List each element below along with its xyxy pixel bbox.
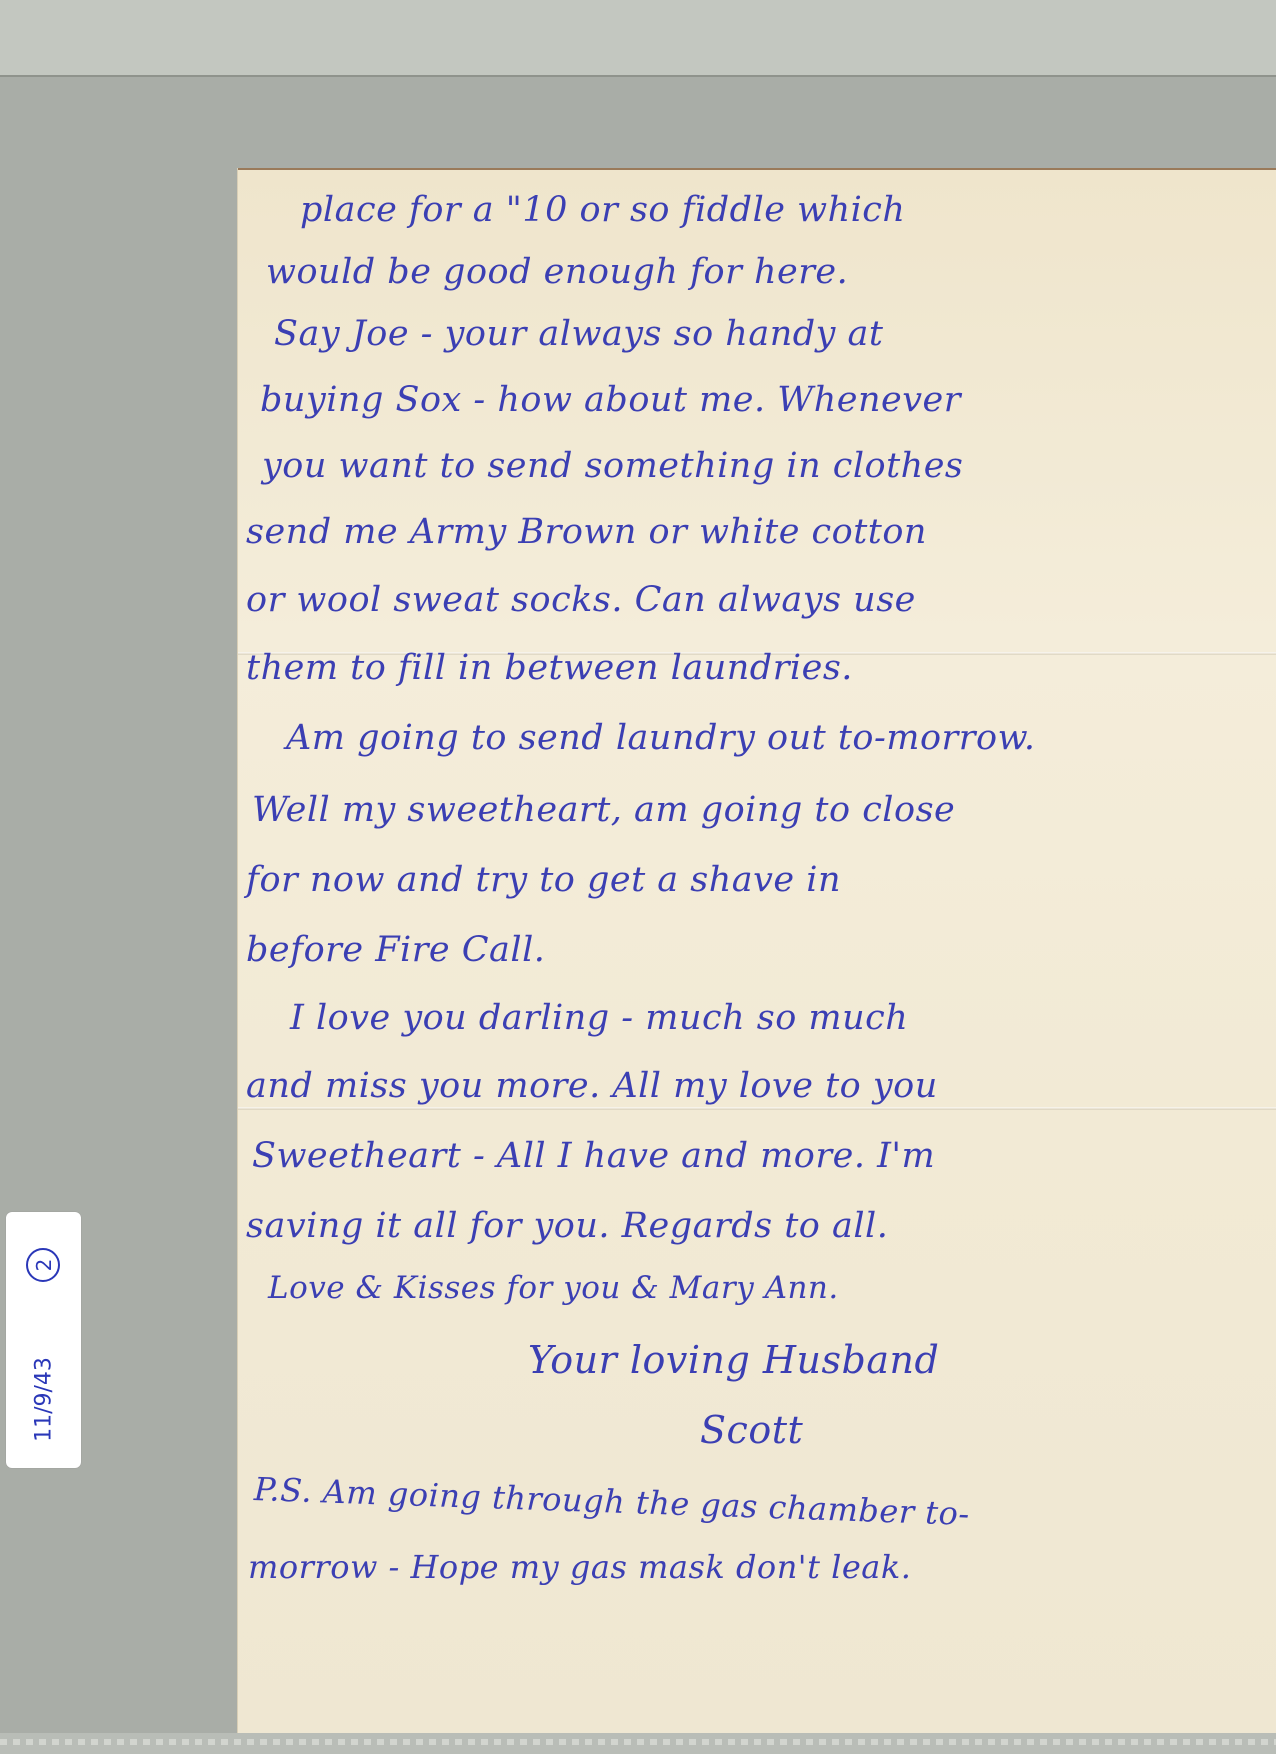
- letter-line: Say Joe - your always so handy at: [274, 314, 883, 354]
- letter-line: I love you darling - much so much: [290, 998, 908, 1038]
- scanner-top-strip: [0, 0, 1276, 77]
- letter-line: Well my sweetheart, am going to close: [252, 790, 955, 830]
- letter-signature: Scott: [700, 1408, 803, 1452]
- letter-line: or wool sweat socks. Can always use: [246, 580, 916, 620]
- letter-line: would be good enough for here.: [266, 252, 848, 292]
- postscript-line: morrow - Hope my gas mask don't leak.: [248, 1548, 911, 1586]
- page-number-badge: 2: [26, 1248, 60, 1282]
- letter-line: send me Army Brown or white cotton: [246, 512, 927, 552]
- letter-closing: Your loving Husband: [528, 1338, 939, 1382]
- letter-line: Am going to send laundry out to-morrow.: [286, 718, 1036, 758]
- postscript-line: P.S. Am going through the gas chamber to…: [253, 1470, 970, 1533]
- letter-line: Love & Kisses for you & Mary Ann.: [268, 1270, 839, 1306]
- letter-line: saving it all for you. Regards to all.: [246, 1206, 888, 1246]
- letter-line: you want to send something in clothes: [262, 446, 963, 486]
- sleeve-perforation: [0, 1739, 1276, 1745]
- letter-line: before Fire Call.: [246, 930, 545, 970]
- letter-line: place for a "10 or so fiddle which: [300, 190, 905, 230]
- letter-line: and miss you more. All my love to you: [246, 1066, 938, 1106]
- archive-label: 2 11/9/43: [6, 1212, 81, 1468]
- letter-line: them to fill in between laundries.: [246, 648, 853, 688]
- archive-date: 11/9/43: [32, 1350, 57, 1450]
- letter-line: buying Sox - how about me. Whenever: [260, 380, 961, 420]
- letter-line: Sweetheart - All I have and more. I'm: [252, 1136, 935, 1176]
- letter-page: place for a "10 or so fiddle which would…: [238, 168, 1276, 1735]
- paper-fold-line: [238, 1107, 1276, 1110]
- letter-line: for now and try to get a shave in: [246, 860, 841, 900]
